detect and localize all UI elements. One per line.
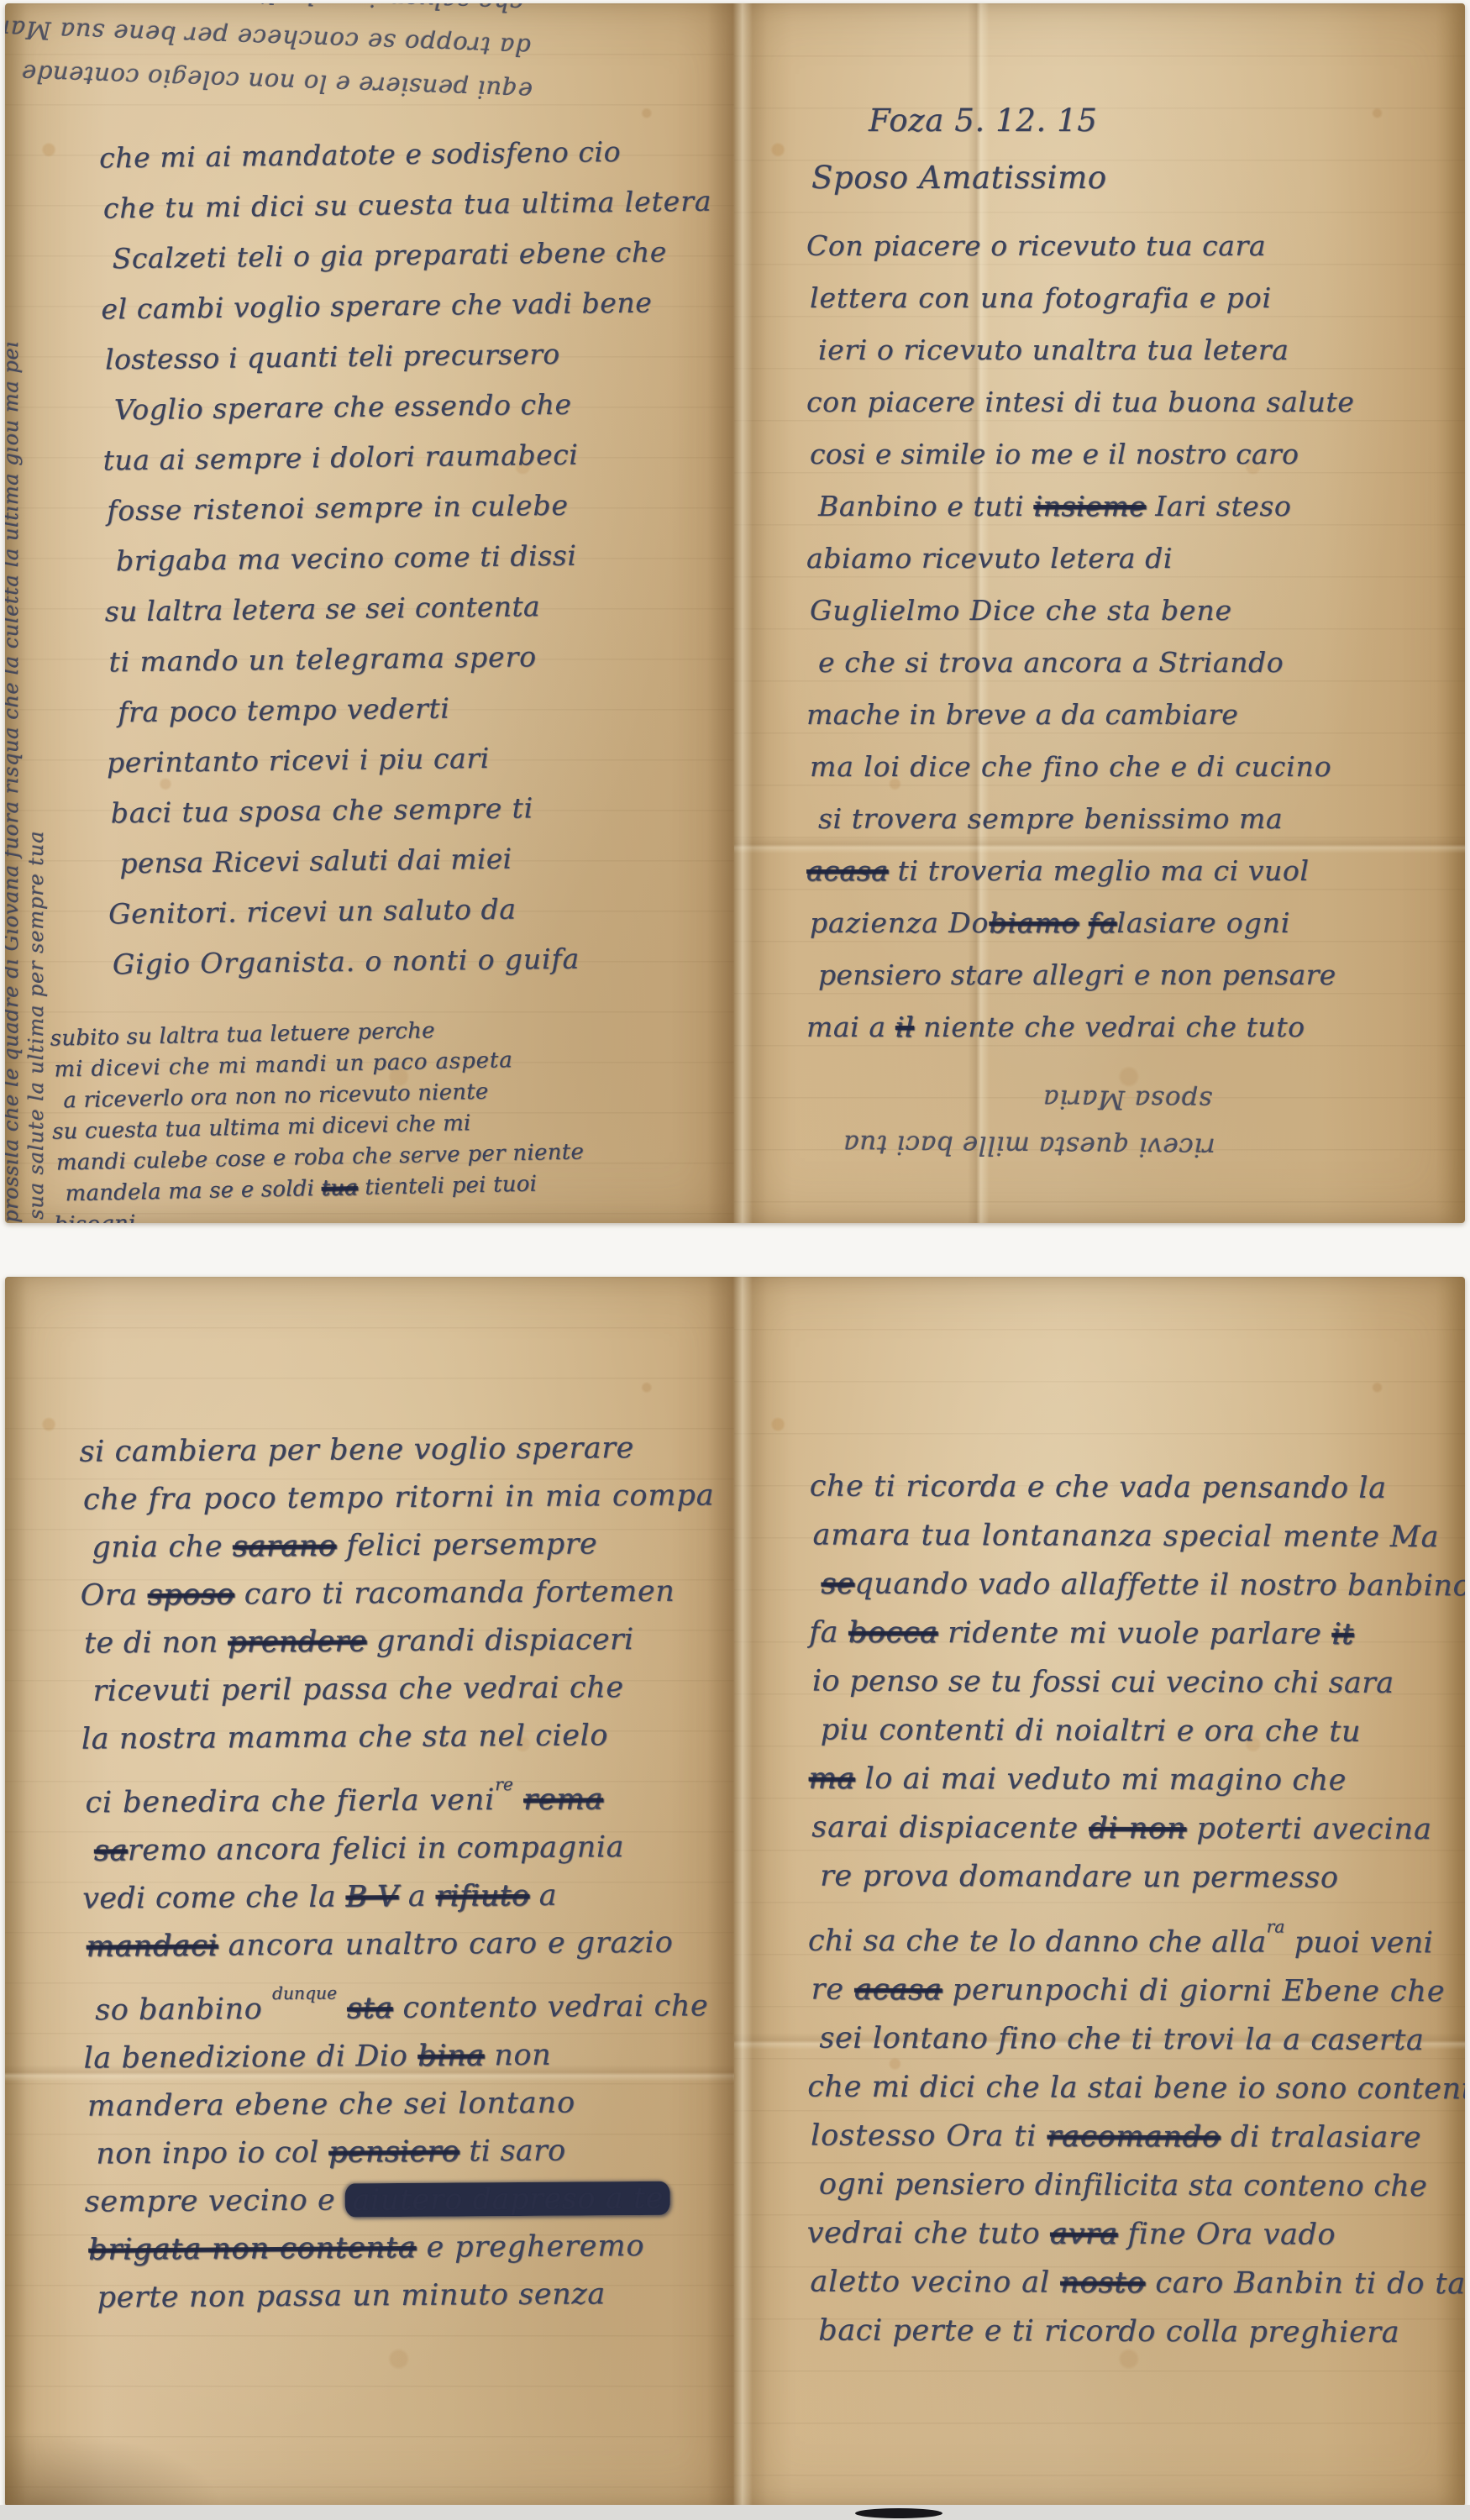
hand-line: perte non passa un minuto senza	[97, 2270, 720, 2322]
scan-artifact-blob	[855, 2508, 942, 2518]
crossed-out-word: avra	[1050, 2218, 1118, 2251]
crossed-out-word: di non	[1089, 1812, 1186, 1845]
crossed-out-word: se	[821, 1567, 854, 1601]
hand-line: baci tua sposa che sempre ti	[110, 781, 719, 839]
hand-line: sei lontano fino che ti trovi la a caser…	[819, 2014, 1465, 2066]
crossed-out-word: il	[895, 1011, 914, 1043]
hand-line: Scalzeti teli o gia preparati ebene che	[112, 227, 712, 285]
hand-line: che mi ai mandatote e sodisfeno cio	[99, 126, 711, 184]
hand-line: sarai dispiacente di non poterti avecina	[811, 1803, 1465, 1855]
crossed-out-word: tua	[321, 1175, 358, 1201]
hand-line: la nostra mamma che sta nel cielo	[81, 1711, 717, 1763]
hand-line: Con piacere o ricevuto tua cara	[806, 220, 1354, 272]
spread-second: si cambiera per bene voglio sperareche f…	[5, 1277, 1465, 2507]
upside-down-overflow-text: equi pensiere e lo non colegio contended…	[11, 3, 536, 113]
letter-body-page1-left-cramped: subito su laltra tua letuere perchemi di…	[50, 1012, 585, 1223]
hand-line: vedi come che la B V a rifiuto a	[82, 1871, 717, 1923]
hand-line: ma lo ai mai veduto mi magino che	[808, 1755, 1465, 1806]
hand-line: ma loi dice che fino che e di cucino	[810, 741, 1354, 793]
crossed-out-word: aiutero dapreso a te	[345, 2181, 670, 2217]
inserted-word: re	[495, 1774, 513, 1794]
crossed-out-word: fa	[1089, 906, 1117, 939]
letter-scan: equi pensiere e lo non colegio contended…	[0, 0, 1470, 2520]
margin-note-vertical: prossila che le quadre di Giovana fuora …	[5, 64, 49, 1223]
hand-line: pensiero stare allegri e non pensare	[818, 949, 1354, 1001]
hand-line: chi sa che te lo danno che allara puoi v…	[808, 1901, 1465, 1968]
hand-line: tua ai sempre i dolori raumabeci	[102, 428, 715, 486]
hand-line: con piacere intesi di tua buona salute	[806, 376, 1354, 428]
crossed-out-word: sarano	[233, 1530, 337, 1564]
letter-body-page1-right: Con piacere o ricevuto tua caralettera c…	[806, 220, 1354, 1053]
crossed-out-word: pensiero	[328, 2134, 459, 2169]
hand-line: lostesso i quanti teli precursero	[105, 328, 714, 386]
hand-line: fra poco tempo vederti	[118, 680, 718, 738]
hand-line: Ora sposo caro ti racomanda fortemen	[80, 1567, 715, 1620]
crossed-out-word: acasa	[854, 1973, 942, 2007]
hand-line: che fra poco tempo ritorni in mia compa	[83, 1472, 715, 1524]
hand-line: pensa Ricevi saluti dai miei	[119, 832, 720, 890]
hand-line: mandera ebene che sei lontano	[87, 2078, 719, 2130]
hand-line: gnia che sarano felici persempre	[92, 1520, 715, 1572]
hand-line: re acasa perunpochi di giorni Ebene che	[811, 1966, 1465, 2017]
hand-line: cosi e simile io me e il nostro caro	[810, 428, 1354, 480]
hand-line: Banbino e tuti insieme Iari steso	[818, 480, 1354, 533]
hand-line: fosse ristenoi sempre in culebe	[107, 479, 716, 537]
crossed-out-word: prendere	[228, 1625, 367, 1659]
hand-line: Guglielmo Dice che sta bene	[810, 585, 1354, 637]
crossed-out-word: sa	[94, 1834, 128, 1867]
hand-line: fa bocca ridente mi vuole parlare it	[809, 1609, 1465, 1660]
hand-line: Genitori. ricevi un saluto da	[108, 882, 721, 940]
hand-line: saremo ancora felici in compagnia	[94, 1823, 717, 1875]
page-corner-shadow	[5, 2431, 223, 2507]
hand-line: e che si trova ancora a Striando	[818, 637, 1354, 689]
date-line: Foza 5. 12. 15	[869, 102, 1097, 139]
scanner-bed-strip	[0, 2505, 1470, 2520]
crossed-out-word: it	[1331, 1618, 1354, 1651]
hand-line: ci benedira che fierla venire rema	[85, 1759, 717, 1827]
crossed-out-word: sposo	[147, 1578, 234, 1612]
margin-note-line: prossila che le quadre di Giovana fuora …	[5, 64, 24, 1223]
hand-line: che tu mi dici su cuesta tua ultima lete…	[103, 176, 712, 234]
hand-line: io penso se tu fossi cui vecino chi sara	[812, 1657, 1465, 1709]
hand-line: mandaci ancora unaltro caro e grazio	[86, 1919, 717, 1971]
hand-line: el cambi voglio sperare che vadi bene	[101, 277, 713, 335]
hand-line: la benedizione di Dio bina non	[83, 2030, 718, 2082]
hand-line: brigata non contenta e pregheremo	[88, 2222, 720, 2274]
hand-line: mai a il niente che vedrai che tuto	[806, 1001, 1354, 1053]
inserted-word: dunque	[272, 1982, 337, 2003]
hand-line: piu contenti di noialtri e ora che tu	[821, 1706, 1465, 1757]
hand-line: baci perte e ti ricordo colla preghiera	[818, 2307, 1465, 2358]
hand-line: su laltra letera se sei contenta	[104, 580, 717, 638]
crossed-out-word: brigata non contenta	[88, 2230, 417, 2266]
crossed-out-word: insieme	[1033, 490, 1146, 522]
signature-line: ricevi questa mille baci tua	[843, 1121, 1216, 1171]
page-2-right: che ti ricorda e che vada pensando laama…	[734, 1277, 1465, 2507]
letter-body-page1-left: che mi ai mandatote e sodisfeno cioche t…	[99, 126, 722, 990]
hand-line: Gigio Organista. o nonti o guifa	[113, 932, 722, 990]
signature-line: sposa Maria	[843, 1074, 1213, 1124]
hand-line: sequando vado allaffette il nostro banbi…	[821, 1560, 1465, 1611]
hand-line: ricevuti peril passa che vedrai che	[92, 1663, 716, 1715]
hand-line: Voglio sperare che essendo che	[113, 378, 714, 436]
letter-body-page2-left: si cambiera per bene voglio sperareche f…	[79, 1424, 720, 2322]
hand-line: ti mando un telegrama spero	[108, 630, 717, 688]
crossed-out-word: mandaci	[86, 1929, 218, 1963]
hand-line: mache in breve a da cambiare	[806, 689, 1354, 741]
crossed-out-word: racomando	[1047, 2120, 1221, 2155]
margin-note-line: sua salute la ultima per sempre tua	[24, 64, 49, 1220]
inserted-word: ra	[1267, 1916, 1285, 1936]
page-1-right: Foza 5. 12. 15 Sposo Amatissimo Con piac…	[734, 3, 1465, 1223]
hand-line: ogni pensiero dinfilicita sta conteno ch…	[819, 2160, 1465, 2212]
hand-line: aletto vecino al nosto caro Banbin ti do…	[810, 2258, 1465, 2309]
hand-line: so banbino dunque sta contento vedrai ch…	[95, 1966, 718, 2034]
hand-line: brigaba ma vecino come ti dissi	[116, 529, 717, 587]
upside-down-signature: ricevi questa mille baci tuasposa Maria	[843, 1074, 1216, 1171]
hand-line: te di non prendere grandi dispiaceri	[84, 1615, 716, 1667]
hand-line: vedrai che tuto avra fine Ora vado	[807, 2209, 1465, 2260]
hand-line: acasa ti troveria meglio ma ci vuol	[806, 845, 1354, 897]
hand-line: che ti ricorda e che vada pensando la	[810, 1462, 1465, 1514]
hand-line: pazienza Dobiamo falasiare ogni	[810, 897, 1354, 949]
hand-line: re prova domandare un permesso	[820, 1852, 1465, 1903]
crossed-out-word: bina	[417, 2039, 485, 2073]
hand-line: perintanto ricevi i piu cari	[107, 731, 719, 789]
crossed-out-word: rema	[523, 1782, 603, 1817]
crossed-out-word: nosto	[1060, 2266, 1145, 2300]
hand-line: abiamo ricevuto letera di	[806, 533, 1354, 585]
page-2-left: si cambiera per bene voglio sperareche f…	[5, 1277, 734, 2507]
hand-line: che mi dici che la stai bene io sono con…	[807, 2063, 1465, 2114]
salutation: Sposo Amatissimo	[811, 160, 1107, 196]
hand-line: sempre vecino e aiutero dapreso a te	[85, 2174, 720, 2226]
crossed-out-word: ma	[808, 1762, 854, 1796]
spread-first: equi pensiere e lo non colegio contended…	[5, 3, 1465, 1223]
hand-line: ieri o ricevuto unaltra tua letera	[818, 324, 1354, 376]
crossed-out-word: biamo	[989, 906, 1079, 939]
crossed-out-word: B V	[345, 1880, 398, 1914]
crossed-out-word: bocca	[848, 1616, 938, 1650]
crossed-out-word: acasa	[806, 854, 888, 887]
hand-line: amara tua lontananza special mente Ma	[812, 1511, 1465, 1562]
hand-line: lettera con una fotografia e poi	[810, 272, 1354, 324]
page-1-left: equi pensiere e lo non colegio contended…	[5, 3, 734, 1223]
hand-line: non inpo io col pensiero ti saro	[96, 2126, 719, 2178]
hand-line: lostesso Ora ti racomando di tralasiare	[811, 2112, 1465, 2163]
crossed-out-word: rifiuto	[435, 1879, 529, 1914]
hand-line: si cambiera per bene voglio sperare	[79, 1424, 714, 1476]
letter-body-page2-right: che ti ricorda e che vada pensando laama…	[806, 1462, 1465, 2358]
crossed-out-word: sta	[347, 1992, 393, 2025]
hand-line: si trovera sempre benissimo ma	[818, 793, 1354, 845]
